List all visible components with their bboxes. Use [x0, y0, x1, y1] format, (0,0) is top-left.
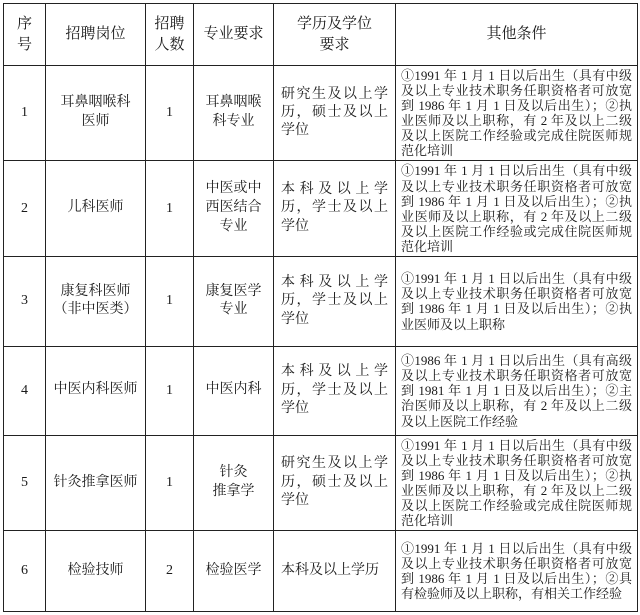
recruitment-table: 序 号 招聘岗位 招聘 人数 专业要求 学历及学位 要求 其他条件 1 耳鼻咽喉… — [3, 3, 638, 612]
cell-count: 1 — [146, 66, 194, 161]
cell-other-conditions: ①1991 年 1 月 1 日以后出生（具有中级及以上专业技术职务任职资格者可放… — [396, 256, 638, 346]
cell-no: 1 — [4, 66, 46, 161]
col-header-education: 学历及学位 要求 — [274, 4, 396, 66]
header-row: 序 号 招聘岗位 招聘 人数 专业要求 学历及学位 要求 其他条件 — [4, 4, 638, 66]
cell-major: 中医或中 西医结合 专业 — [194, 161, 274, 256]
table-row: 6 检验技师 2 检验医学 本科及以上学历 ①1991 年 1 月 1 日以后出… — [4, 531, 638, 612]
cell-other-conditions: ①1986 年 1 月 1 日以后出生（具有高级及以上专业技术职务任职资格者可放… — [396, 346, 638, 435]
cell-education: 本科及以上学历，学士及以上学位 — [274, 256, 396, 346]
cell-education: 本科及以上学历，学士及以上学位 — [274, 161, 396, 256]
cell-major: 针灸 推拿学 — [194, 435, 274, 530]
col-header-other: 其他条件 — [396, 4, 638, 66]
cell-other-conditions: ①1991 年 1 月 1 日以后出生（具有中级及以上专业技术职务任职资格者可放… — [396, 435, 638, 530]
col-header-count: 招聘 人数 — [146, 4, 194, 66]
col-header-no: 序 号 — [4, 4, 46, 66]
cell-no: 6 — [4, 531, 46, 612]
cell-education: 本科及以上学历，学士及以上学位 — [274, 346, 396, 435]
cell-education: 研究生及以上学历，硕士及以上学位 — [274, 66, 396, 161]
cell-count: 1 — [146, 435, 194, 530]
cell-position: 针灸推拿医师 — [46, 435, 146, 530]
cell-education: 研究生及以上学历，硕士及以上学位 — [274, 435, 396, 530]
cell-position: 中医内科医师 — [46, 346, 146, 435]
table-row: 2 儿科医师 1 中医或中 西医结合 专业 本科及以上学历，学士及以上学位 ①1… — [4, 161, 638, 256]
cell-position: 康复科医师 （非中医类） — [46, 256, 146, 346]
cell-no: 3 — [4, 256, 46, 346]
table-row: 1 耳鼻咽喉科 医师 1 耳鼻咽喉 科专业 研究生及以上学历，硕士及以上学位 ①… — [4, 66, 638, 161]
table-row: 4 中医内科医师 1 中医内科 本科及以上学历，学士及以上学位 ①1986 年 … — [4, 346, 638, 435]
cell-no: 5 — [4, 435, 46, 530]
cell-count: 1 — [146, 256, 194, 346]
cell-position: 儿科医师 — [46, 161, 146, 256]
col-header-major: 专业要求 — [194, 4, 274, 66]
cell-major: 耳鼻咽喉 科专业 — [194, 66, 274, 161]
cell-other-conditions: ①1991 年 1 月 1 日以后出生（具有中级及以上专业技术职务任职资格者可放… — [396, 66, 638, 161]
cell-major: 中医内科 — [194, 346, 274, 435]
cell-other-conditions: ①1991 年 1 月 1 日以后出生（具有中级及以上专业技术职务任职资格者可放… — [396, 531, 638, 612]
cell-no: 4 — [4, 346, 46, 435]
cell-count: 1 — [146, 346, 194, 435]
table-row: 5 针灸推拿医师 1 针灸 推拿学 研究生及以上学历，硕士及以上学位 ①1991… — [4, 435, 638, 530]
cell-major: 检验医学 — [194, 531, 274, 612]
cell-major: 康复医学 专业 — [194, 256, 274, 346]
cell-position: 耳鼻咽喉科 医师 — [46, 66, 146, 161]
table-row: 3 康复科医师 （非中医类） 1 康复医学 专业 本科及以上学历，学士及以上学位… — [4, 256, 638, 346]
cell-position: 检验技师 — [46, 531, 146, 612]
cell-count: 2 — [146, 531, 194, 612]
cell-no: 2 — [4, 161, 46, 256]
cell-other-conditions: ①1991 年 1 月 1 日以后出生（具有中级及以上专业技术职务任职资格者可放… — [396, 161, 638, 256]
cell-education: 本科及以上学历 — [274, 531, 396, 612]
cell-count: 1 — [146, 161, 194, 256]
col-header-position: 招聘岗位 — [46, 4, 146, 66]
